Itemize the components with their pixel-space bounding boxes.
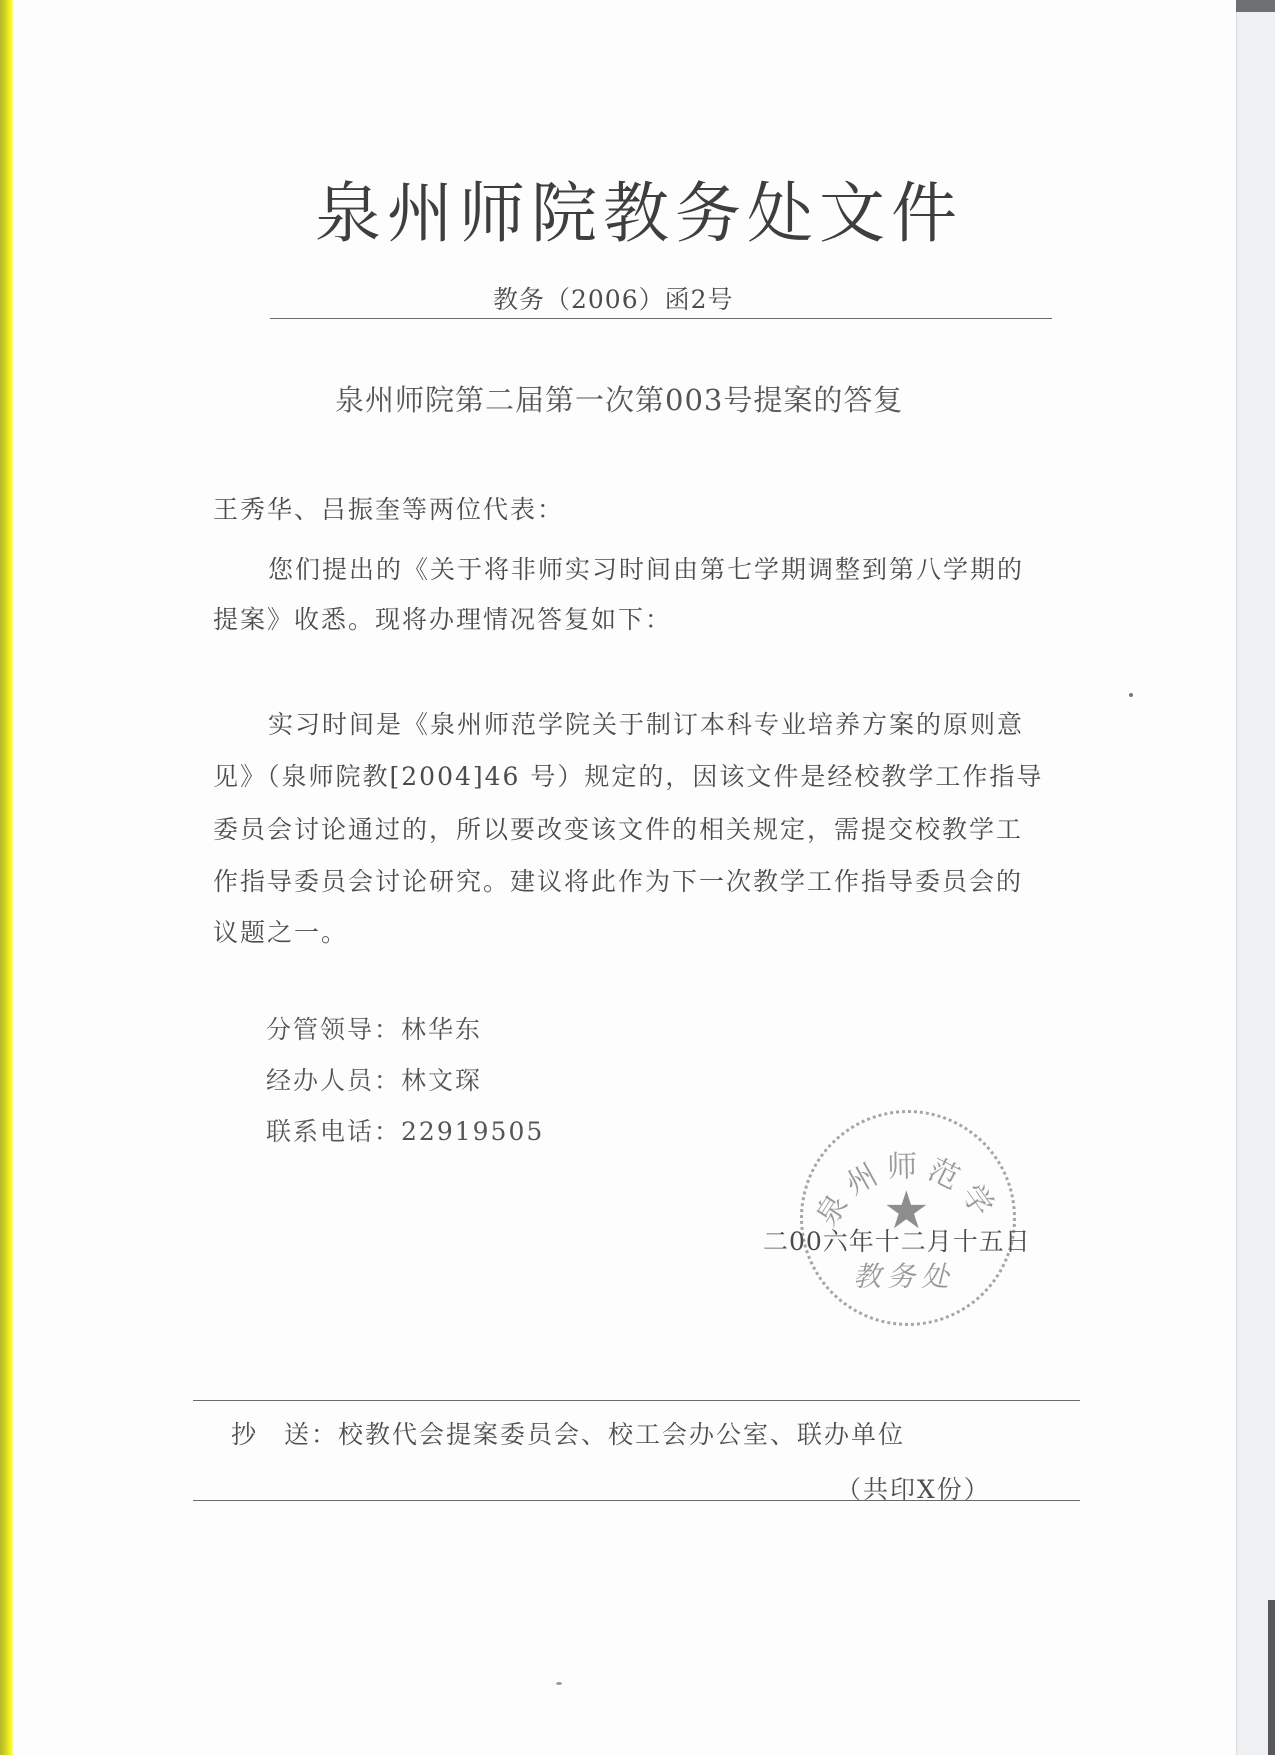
paragraph-2-line-5: 议题之一。 (213, 913, 348, 949)
official-seal: 泉州师范学院 ★ 教务处 (800, 1110, 1016, 1326)
footer-rule-top (193, 1400, 1080, 1401)
seal-department: 教务处 (853, 1255, 955, 1295)
header-rule (270, 318, 1052, 319)
phone-label: 联系电话： (266, 1117, 401, 1146)
phone-line: 联系电话：22919505 (266, 1112, 544, 1148)
leader-line: 分管领导：林华东 (266, 1010, 482, 1046)
salutation: 王秀华、吕振奎等两位代表： (213, 490, 564, 526)
paragraph-2-line-1: 实习时间是《泉州师范学院关于制订本科专业培养方案的原则意 (268, 705, 1024, 741)
paragraph-2-line-3: 委员会讨论通过的，所以要改变该文件的相关规定，需提交校教学工 (213, 810, 1023, 846)
cc-label-1: 抄 (231, 1420, 258, 1449)
phone-number: 22919505 (401, 1117, 544, 1146)
handler-name: 林文琛 (401, 1066, 482, 1095)
paragraph-2-line-2: 见》（泉师院教[2004]46 号）规定的，因该文件是经校教学工作指导 (213, 757, 1043, 793)
handler-label: 经办人员： (266, 1066, 401, 1095)
cc-label-2: 送： (284, 1420, 338, 1449)
document-number: 教务（2006）函2号 (493, 280, 734, 316)
handler-line: 经办人员：林文琛 (266, 1061, 482, 1097)
scan-edge-yellow-strip (0, 0, 13, 1755)
scan-speck (556, 1682, 562, 1685)
scan-edge-dark-bottom (1268, 1600, 1275, 1755)
document-page: 泉州师院教务处文件 教务（2006）函2号 泉州师院第二届第一次第003号提案的… (13, 0, 1236, 1755)
cc-line: 抄送：校教代会提案委员会、校工会办公室、联办单位 (231, 1415, 905, 1451)
leader-name: 林华东 (401, 1015, 482, 1044)
scan-edge-right-margin (1236, 12, 1275, 1755)
subject-heading: 泉州师院第二届第一次第003号提案的答复 (335, 378, 903, 419)
scan-edge-dark-corner (1236, 0, 1275, 12)
signature-date: 二00六年十二月十五日 (763, 1222, 1031, 1258)
footer-rule-bottom (193, 1500, 1080, 1501)
paragraph-1-line-1: 您们提出的《关于将非师实习时间由第七学期调整到第八学期的 (268, 550, 1024, 586)
scan-speck (1129, 693, 1133, 697)
leader-label: 分管领导： (266, 1015, 401, 1044)
paragraph-2-line-4: 作指导委员会讨论研究。建议将此作为下一次教学工作指导委员会的 (213, 862, 1023, 898)
cc-recipients: 校教代会提案委员会、校工会办公室、联办单位 (338, 1420, 905, 1449)
paragraph-1-line-2: 提案》收悉。现将办理情况答复如下： (213, 600, 672, 636)
document-title: 泉州师院教务处文件 (315, 160, 963, 255)
